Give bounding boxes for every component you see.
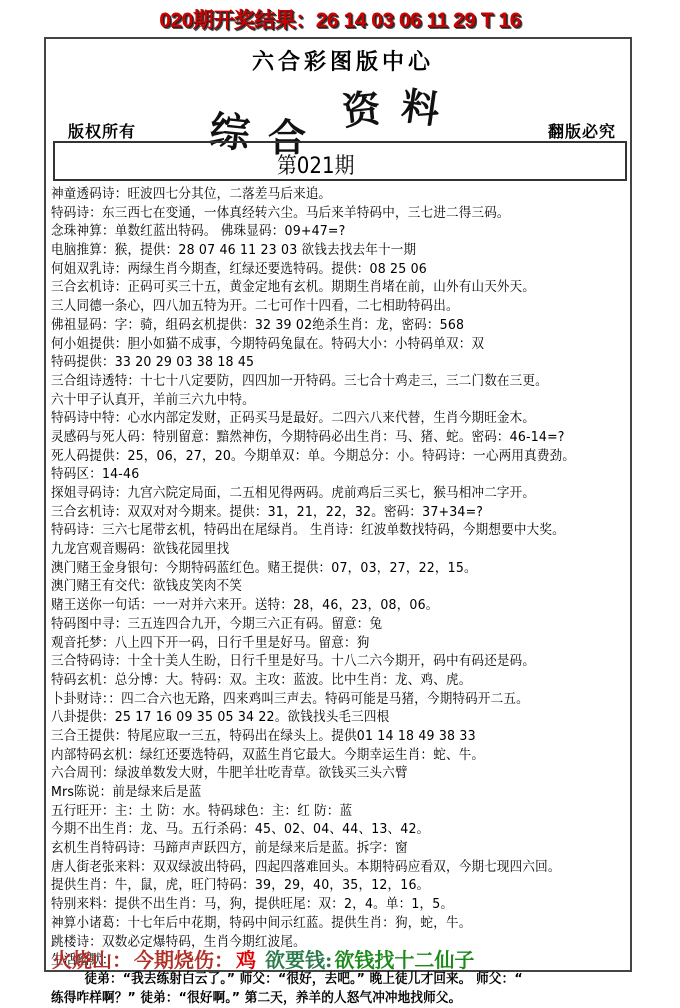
footer-label-fire: 火烧山： (52, 948, 132, 972)
content-line: 提供生肖：牛，鼠，虎，旺门特码：39，29，40，35，12，16。 (51, 876, 587, 895)
content-line: 何姐双乳诗：两绿生肖今期查，红绿还要选特码。提供：08 25 06 (51, 260, 587, 279)
joke-line: 练得咋样啊？” 徒弟：“很好啊。” 第二天，养羊的人怒气冲冲地找师父。 (51, 989, 587, 1008)
period-box: 第021期 (53, 141, 627, 181)
footer-tips: 火烧山：今期烧伤：鸡 欲要钱:欲钱找十二仙子 (52, 944, 622, 972)
footer-value-burn: 鸡 (236, 948, 256, 972)
copyright-left: 版权所有 (68, 119, 136, 142)
content-line: 念珠神算：单数红蓝出特码。 佛珠显码：09+47=? (51, 222, 587, 241)
content-body: 神童透码诗：旺波四七分其位，二落差马后来追。 特码诗：东三西七在变通，一体真经转… (51, 185, 627, 1007)
content-line: 特码诗：三六七尾带玄机，特码出在尾绿肖。 生肖诗：红波单数找特码，今期想要中大奖… (51, 521, 587, 540)
content-line: 三合特码诗：十全十美人生盼，日行千里是好马。十八二六今期开，码中有码还是码。 (51, 652, 587, 671)
content-line: 特别来料：提供不出生肖：马，狗，提供旺尾：双：2，4。单：1，5。 (51, 895, 587, 914)
content-line: 特码图中寻：三五连四合九开，今期三六正有码。留意：兔 (51, 615, 587, 634)
content-line: 灵感码与死人码：特别留意：黯然神伤，今期特码必出生肖：马、猪、蛇。密码：46-1… (51, 428, 587, 447)
footer-label-burn: 今期烧伤： (134, 948, 234, 972)
joke-line: 徒弟：“我去练射白云了。” 师父：“很好，去吧。” 晚上徒儿才回来。 师父：“ (51, 970, 587, 989)
content-line: 特码诗：东三西七在变通，一体真经转六尘。马后来羊特码中，三七进二得三码。 (51, 204, 587, 223)
main-title-char: 资 (339, 77, 383, 136)
content-line: 今期不出生肖：龙、马。五行杀码：45、02、04、44、13、42。 (51, 820, 587, 839)
content-line: 特码提供：33 20 29 03 38 18 45 (51, 353, 587, 372)
content-line: 电脑推算：猴，提供：28 07 46 11 23 03 欲钱去找去年十一期 (51, 241, 587, 260)
content-line: 三合玄机诗：正码可买三十五，黄金定地有玄机。期期生肖堵在前，山外有山天外天。 (51, 278, 587, 297)
document-frame: 六合彩图版中心 综 合 资 料 版权所有 翻版必究 第021期 神童透码诗：旺波… (44, 37, 632, 972)
content-line: 何小姐提供：胆小如猫不成事，今期特码兔鼠在。特码大小：小特码单双：双 (51, 335, 587, 354)
footer-label-money: 欲要钱: (265, 948, 332, 972)
content-line: 澳门赌王金身银句：今期特码蓝红色。赌王提供：07，03，27，22，15。 (51, 559, 587, 578)
draw-result-banner: 020期开奖结果：26 14 03 06 11 29 T 16 (0, 4, 680, 34)
content-line: 六十甲子认真开，羊前三六九中特。 (51, 391, 587, 410)
content-line: 八卦提供：25 17 16 09 35 05 34 22。欲钱找头毛三四根 (51, 708, 587, 727)
content-line: 观音托梦：八上四下开一码，日行千里是好马。留意：狗 (51, 634, 587, 653)
period-title: 第021期 (277, 149, 354, 180)
content-line: 澳门赌王有交代：欲钱皮笑肉不笑 (51, 577, 587, 596)
content-line: 内部特码玄机：绿红还要选特码，双蓝生肖它最大。今期幸运生肖：蛇、牛。 (51, 746, 587, 765)
content-line: 赌王送你一句话：一一对并六来开。送特：28，46，23，08，06。 (51, 596, 587, 615)
content-line: 特码诗中特：心水内部定发财，正码买马是最好。二四六八来代替，生肖今期旺金木。 (51, 409, 587, 428)
content-line: 神童透码诗：旺波四七分其位，二落差马后来追。 (51, 185, 587, 204)
content-line: 六合周刊：绿波单数发大财，牛肥羊壮吃青草。欲钱买三头六臂 (51, 764, 587, 783)
content-line: 死人码提供：25，06，27，20。今期单双：单。今期总分：小。特码诗：一心两用… (51, 447, 587, 466)
content-line: 三合玄机诗：双双对对今期来。提供：31，21，22，32。密码：37+34=? (51, 503, 587, 522)
content-line: Mrs陈说：前是绿来后是蓝 (51, 783, 587, 802)
content-line: 玄机生肖特码诗：马蹄声声跃四方，前是绿来后是蓝。拆字：窗 (51, 839, 587, 858)
content-line: 唐人街老张来料：双双绿波出特码，四起四落难回头。本期特码应看双，今期七现四六回。 (51, 858, 587, 877)
content-line: 三人同德一条心，四八加五特为开。二七可作十四看，二七相助特码出。 (51, 297, 587, 316)
content-line: 五行旺开：主：土 防：水。特码球色：主：红 防：蓝 (51, 802, 587, 821)
content-line: 探姐寻码诗：九宫六院定局面，二五相见得两码。虎前鸡后三买七，猴马相冲二字开。 (51, 484, 587, 503)
main-title: 综 合 资 料 (206, 85, 466, 145)
content-line: 特码玄机：总分博：大。特码：双。主攻：蓝波。比中生肖：龙、鸡、虎。 (51, 671, 587, 690)
content-line: 三合王提供：特尾应取一三五，特码出在绿头上。提供01 14 18 49 38 3… (51, 727, 587, 746)
content-line: 特码区：14-46 (51, 465, 587, 484)
publisher-title: 六合彩图版中心 (46, 45, 630, 76)
content-line: 九龙宫观音赐码：欲钱花园里找 (51, 540, 587, 559)
content-line: 佛祖显码：字：骑，组码玄机提供：32 39 02绝杀生肖：龙，密码：568 (51, 316, 587, 335)
content-line: 三合组诗透特：十七十八定要防，四四加一开特码。三七合十鸡走三，三二门数在三更。 (51, 372, 587, 391)
copyright-right: 翻版必究 (548, 119, 616, 142)
footer-value-money: 欲钱找十二仙子 (334, 948, 474, 972)
main-title-char: 料 (398, 75, 443, 135)
content-line: 神算小诸葛：十七年后中花期，特码中间示红蓝。提供生肖：狗，蛇，牛。 (51, 914, 587, 933)
content-line: 卜卦财诗：：四二合六也无路，四来鸡叫三声去。特码可能是马猪，今期特码开二五。 (51, 690, 587, 709)
